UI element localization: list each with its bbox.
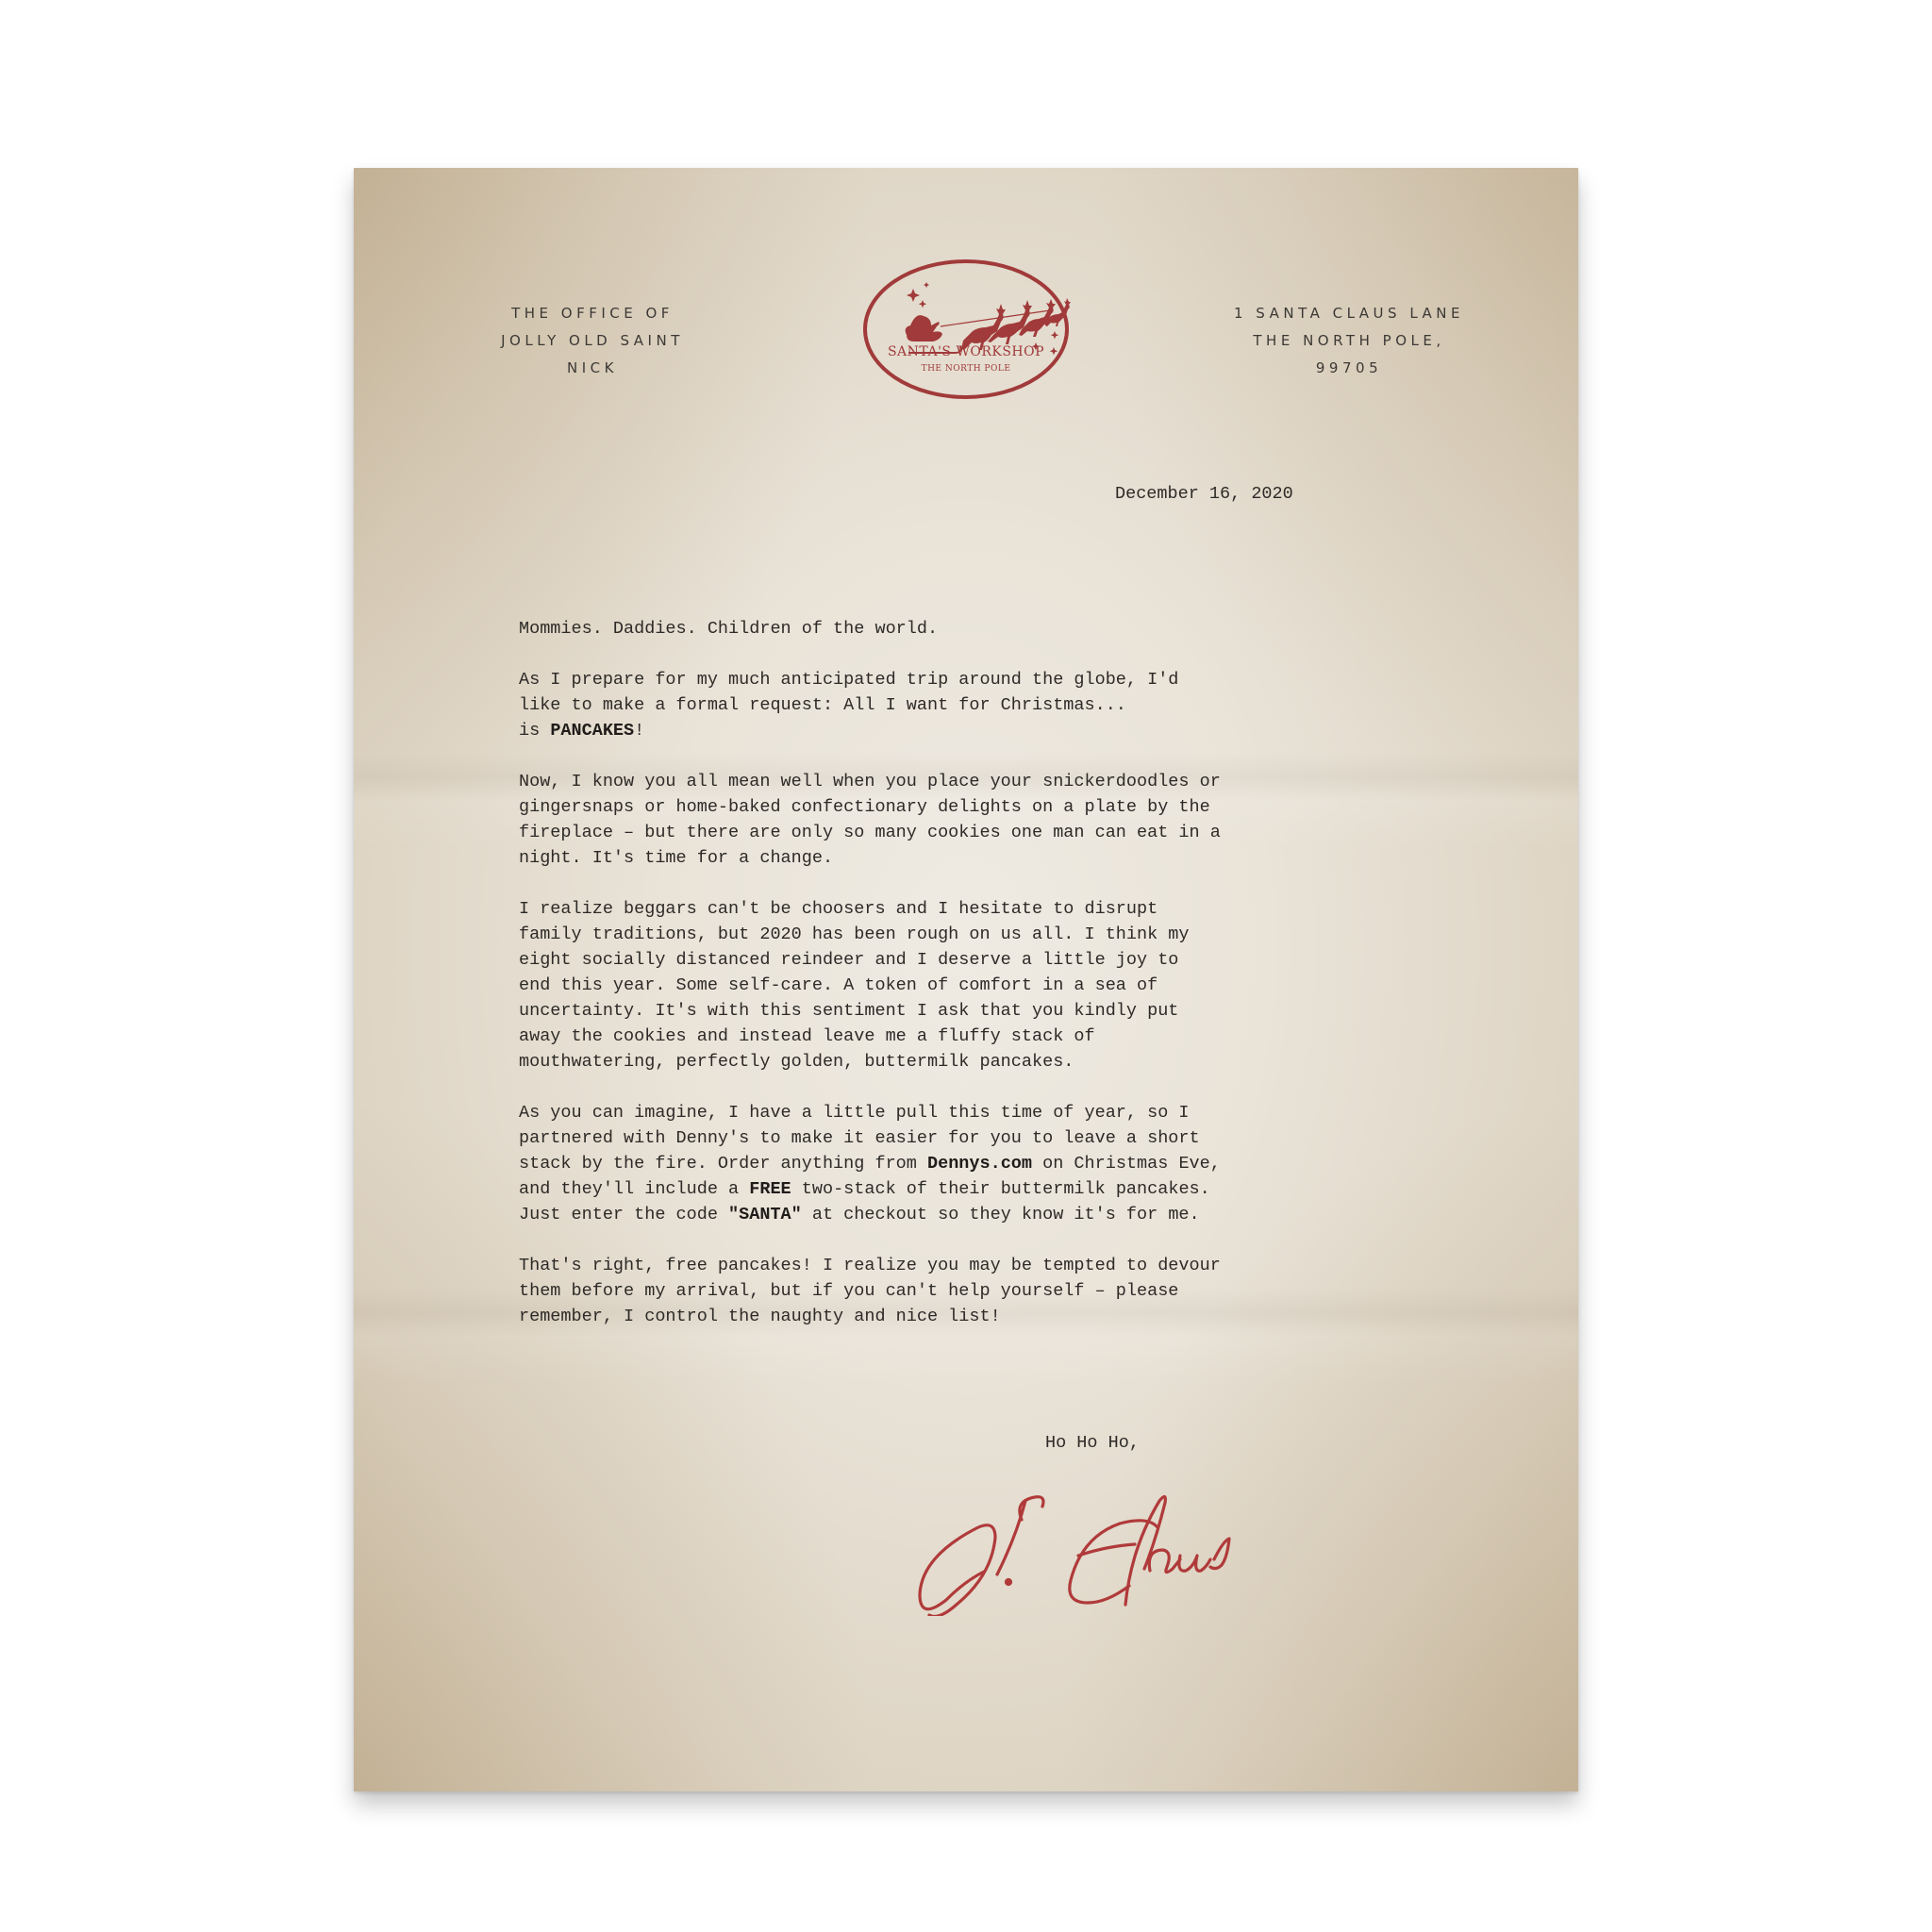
paragraph-text: stack by the fire. Order anything from xyxy=(519,1154,927,1174)
paragraph-text: As I prepare for my much anticipated tri… xyxy=(519,670,1178,690)
letter-paragraph: As I prepare for my much anticipated tri… xyxy=(519,667,1462,743)
emphasized-text: Dennys.com xyxy=(927,1154,1032,1174)
emphasized-text: FREE xyxy=(749,1179,791,1199)
santa-sleigh-reindeer-icon xyxy=(861,258,1071,401)
paragraph-text: night. It's time for a change. xyxy=(519,848,833,868)
paragraph-text: I realize beggars can't be choosers and … xyxy=(519,899,1158,919)
letter-paragraph: I realize beggars can't be choosers and … xyxy=(519,896,1462,1074)
letterhead-sender: THE OFFICE OF JOLLY OLD SAINT NICK xyxy=(479,300,706,382)
paragraph-text: eight socially distanced reindeer and I … xyxy=(519,950,1178,970)
paragraph-text: ! xyxy=(634,721,644,741)
paragraph-text: is xyxy=(519,721,550,741)
paragraph-text: like to make a formal request: All I wan… xyxy=(519,695,1126,715)
paragraph-text: away the cookies and instead leave me a … xyxy=(519,1026,1095,1046)
letter-paper: THE OFFICE OF JOLLY OLD SAINT NICK xyxy=(354,168,1578,1791)
letterhead-name-line: JOLLY OLD SAINT NICK xyxy=(479,327,706,382)
paragraph-text: mouthwatering, perfectly golden, butterm… xyxy=(519,1052,1074,1072)
letterhead-office-line: THE OFFICE OF xyxy=(479,300,706,327)
emphasized-text: "SANTA" xyxy=(728,1205,802,1224)
paragraph-text: uncertainty. It's with this sentiment I … xyxy=(519,1001,1178,1021)
paragraph-text: fireplace – but there are only so many c… xyxy=(519,823,1221,842)
paragraph-text: As you can imagine, I have a little pull… xyxy=(519,1103,1190,1123)
paragraph-text: and they'll include a xyxy=(519,1179,749,1199)
seal-title: SANTA'S WORKSHOP xyxy=(861,344,1071,359)
paragraph-text: remember, I control the naughty and nice… xyxy=(519,1307,1001,1326)
paragraph-text: them before my arrival, but if you can't… xyxy=(519,1281,1178,1301)
letter-date: December 16, 2020 xyxy=(1115,481,1293,507)
letter-salutation: Mommies. Daddies. Children of the world. xyxy=(519,616,1462,641)
letter-closing: Ho Ho Ho, xyxy=(1045,1430,1140,1456)
paragraph-text: on Christmas Eve, xyxy=(1032,1154,1221,1174)
paragraph-text: That's right, free pancakes! I realize y… xyxy=(519,1256,1221,1275)
letter-paragraph: Now, I know you all mean well when you p… xyxy=(519,769,1462,871)
paragraph-text: gingersnaps or home-baked confectionary … xyxy=(519,797,1210,817)
letter-paragraphs: As I prepare for my much anticipated tri… xyxy=(519,667,1462,1329)
signature-handwriting xyxy=(910,1465,1269,1616)
paragraph-text: two-stack of their buttermilk pancakes. xyxy=(791,1179,1210,1199)
seal-subtitle: THE NORTH POLE xyxy=(861,364,1071,374)
letter-paragraph: That's right, free pancakes! I realize y… xyxy=(519,1253,1462,1329)
letterhead-address: 1 SANTA CLAUS LANE THE NORTH POLE, 99705 xyxy=(1226,300,1472,382)
paragraph-text: partnered with Denny's to make it easier… xyxy=(519,1128,1200,1148)
santas-workshop-seal: SANTA'S WORKSHOP THE NORTH POLE xyxy=(861,258,1071,401)
address-city-line: THE NORTH POLE, 99705 xyxy=(1226,327,1472,382)
paragraph-text: at checkout so they know it's for me. xyxy=(802,1205,1200,1224)
address-street-line: 1 SANTA CLAUS LANE xyxy=(1226,300,1472,327)
emphasized-text: PANCAKES xyxy=(550,721,634,741)
paragraph-text: Now, I know you all mean well when you p… xyxy=(519,772,1221,791)
paragraph-text: family traditions, but 2020 has been rou… xyxy=(519,924,1190,944)
paragraph-text: end this year. Some self-care. A token o… xyxy=(519,975,1158,995)
letter-paragraph: As you can imagine, I have a little pull… xyxy=(519,1100,1462,1227)
signature xyxy=(910,1465,1269,1616)
letter-body: Mommies. Daddies. Children of the world.… xyxy=(519,616,1462,1355)
paragraph-text: Just enter the code xyxy=(519,1205,728,1224)
